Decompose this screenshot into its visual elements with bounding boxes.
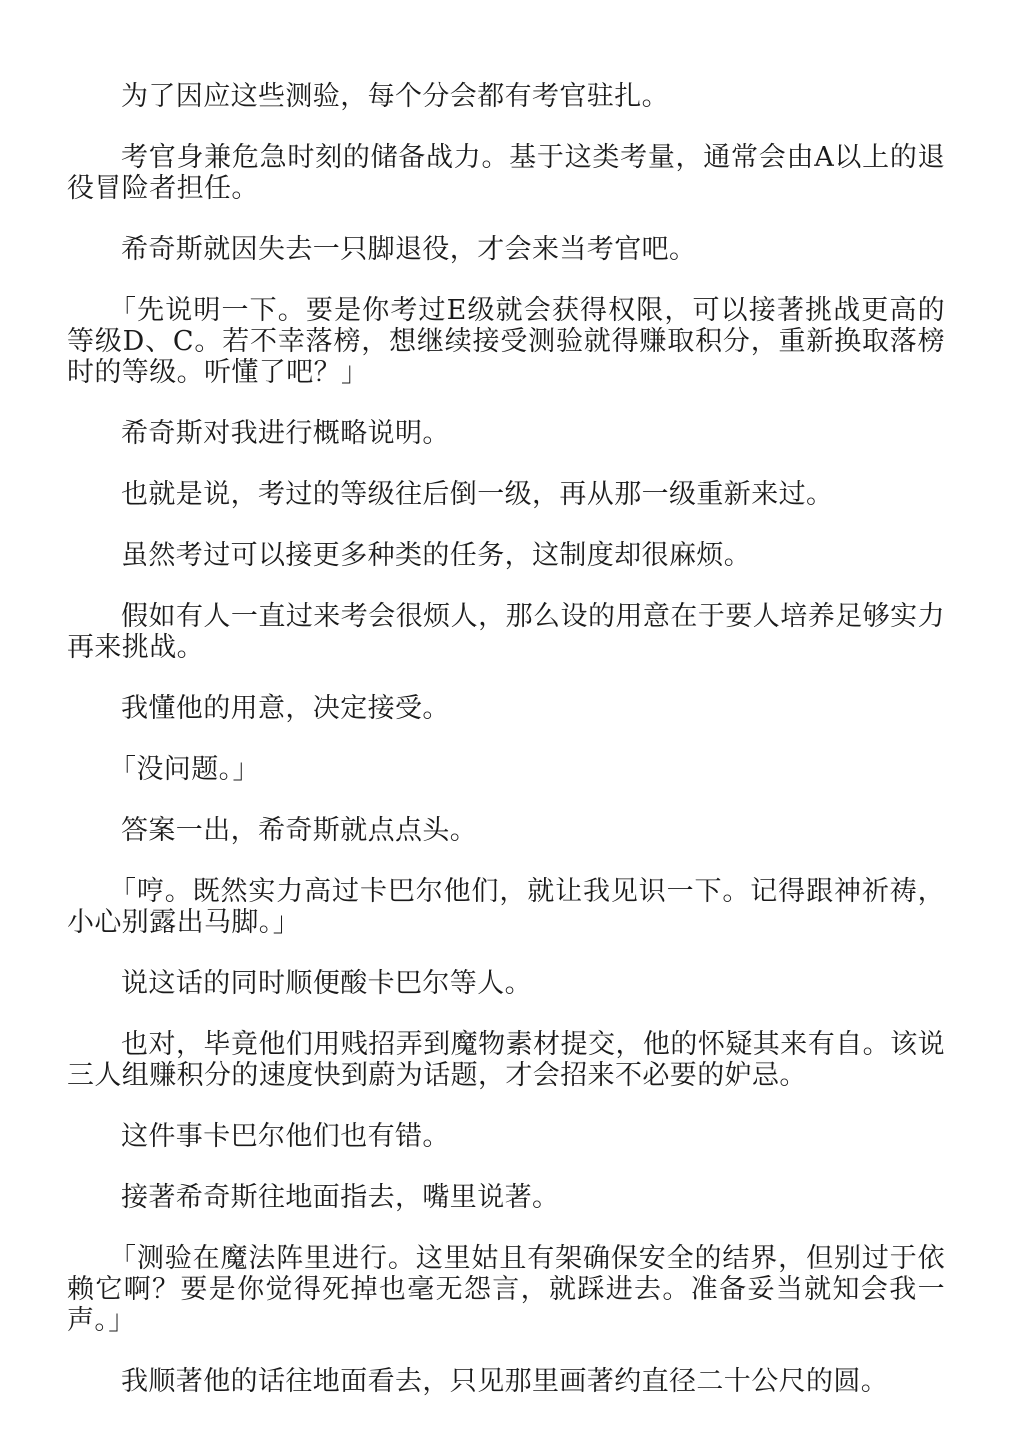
paragraph: 也对，毕竟他们用贱招弄到魔物素材提交，他的怀疑其来有自。该说三人组赚积分的速度快…	[67, 1029, 945, 1091]
paragraph: 希奇斯对我进行概略说明。	[67, 418, 945, 449]
paragraph: 为了因应这些测验，每个分会都有考官驻扎。	[67, 81, 945, 112]
paragraph: 我懂他的用意，决定接受。	[67, 693, 945, 724]
paragraph: 我顺著他的话往地面看去，只见那里画著约直径二十公尺的圆。	[67, 1366, 945, 1397]
paragraph: 这件事卡巴尔他们也有错。	[67, 1121, 945, 1152]
dialogue-paragraph: 「没问题。」	[67, 754, 945, 785]
paragraph: 假如有人一直过来考会很烦人，那么设的用意在于要人培养足够实力再来挑战。	[67, 601, 945, 663]
paragraph: 也就是说，考过的等级往后倒一级，再从那一级重新来过。	[67, 479, 945, 510]
paragraph: 说这话的同时顺便酸卡巴尔等人。	[67, 968, 945, 999]
dialogue-paragraph: 「哼。既然实力高过卡巴尔他们，就让我见识一下。记得跟神祈祷，小心别露出马脚。」	[67, 876, 945, 938]
paragraph: 希奇斯就因失去一只脚退役，才会来当考官吧。	[67, 234, 945, 265]
dialogue-paragraph: 「测验在魔法阵里进行。这里姑且有架确保安全的结界，但别过于依赖它啊？要是你觉得死…	[67, 1243, 945, 1336]
paragraph: 考官身兼危急时刻的储备战力。基于这类考量，通常会由A以上的退役冒险者担任。	[67, 142, 945, 204]
paragraph: 接著希奇斯往地面指去，嘴里说著。	[67, 1182, 945, 1213]
paragraph: 虽然考过可以接更多种类的任务，这制度却很麻烦。	[67, 540, 945, 571]
paragraph: 答案一出，希奇斯就点点头。	[67, 815, 945, 846]
document-page: 为了因应这些测验，每个分会都有考官驻扎。 考官身兼危急时刻的储备战力。基于这类考…	[67, 81, 945, 1427]
dialogue-paragraph: 「先说明一下。要是你考过E级就会获得权限，可以接著挑战更高的等级D、C。若不幸落…	[67, 295, 945, 388]
